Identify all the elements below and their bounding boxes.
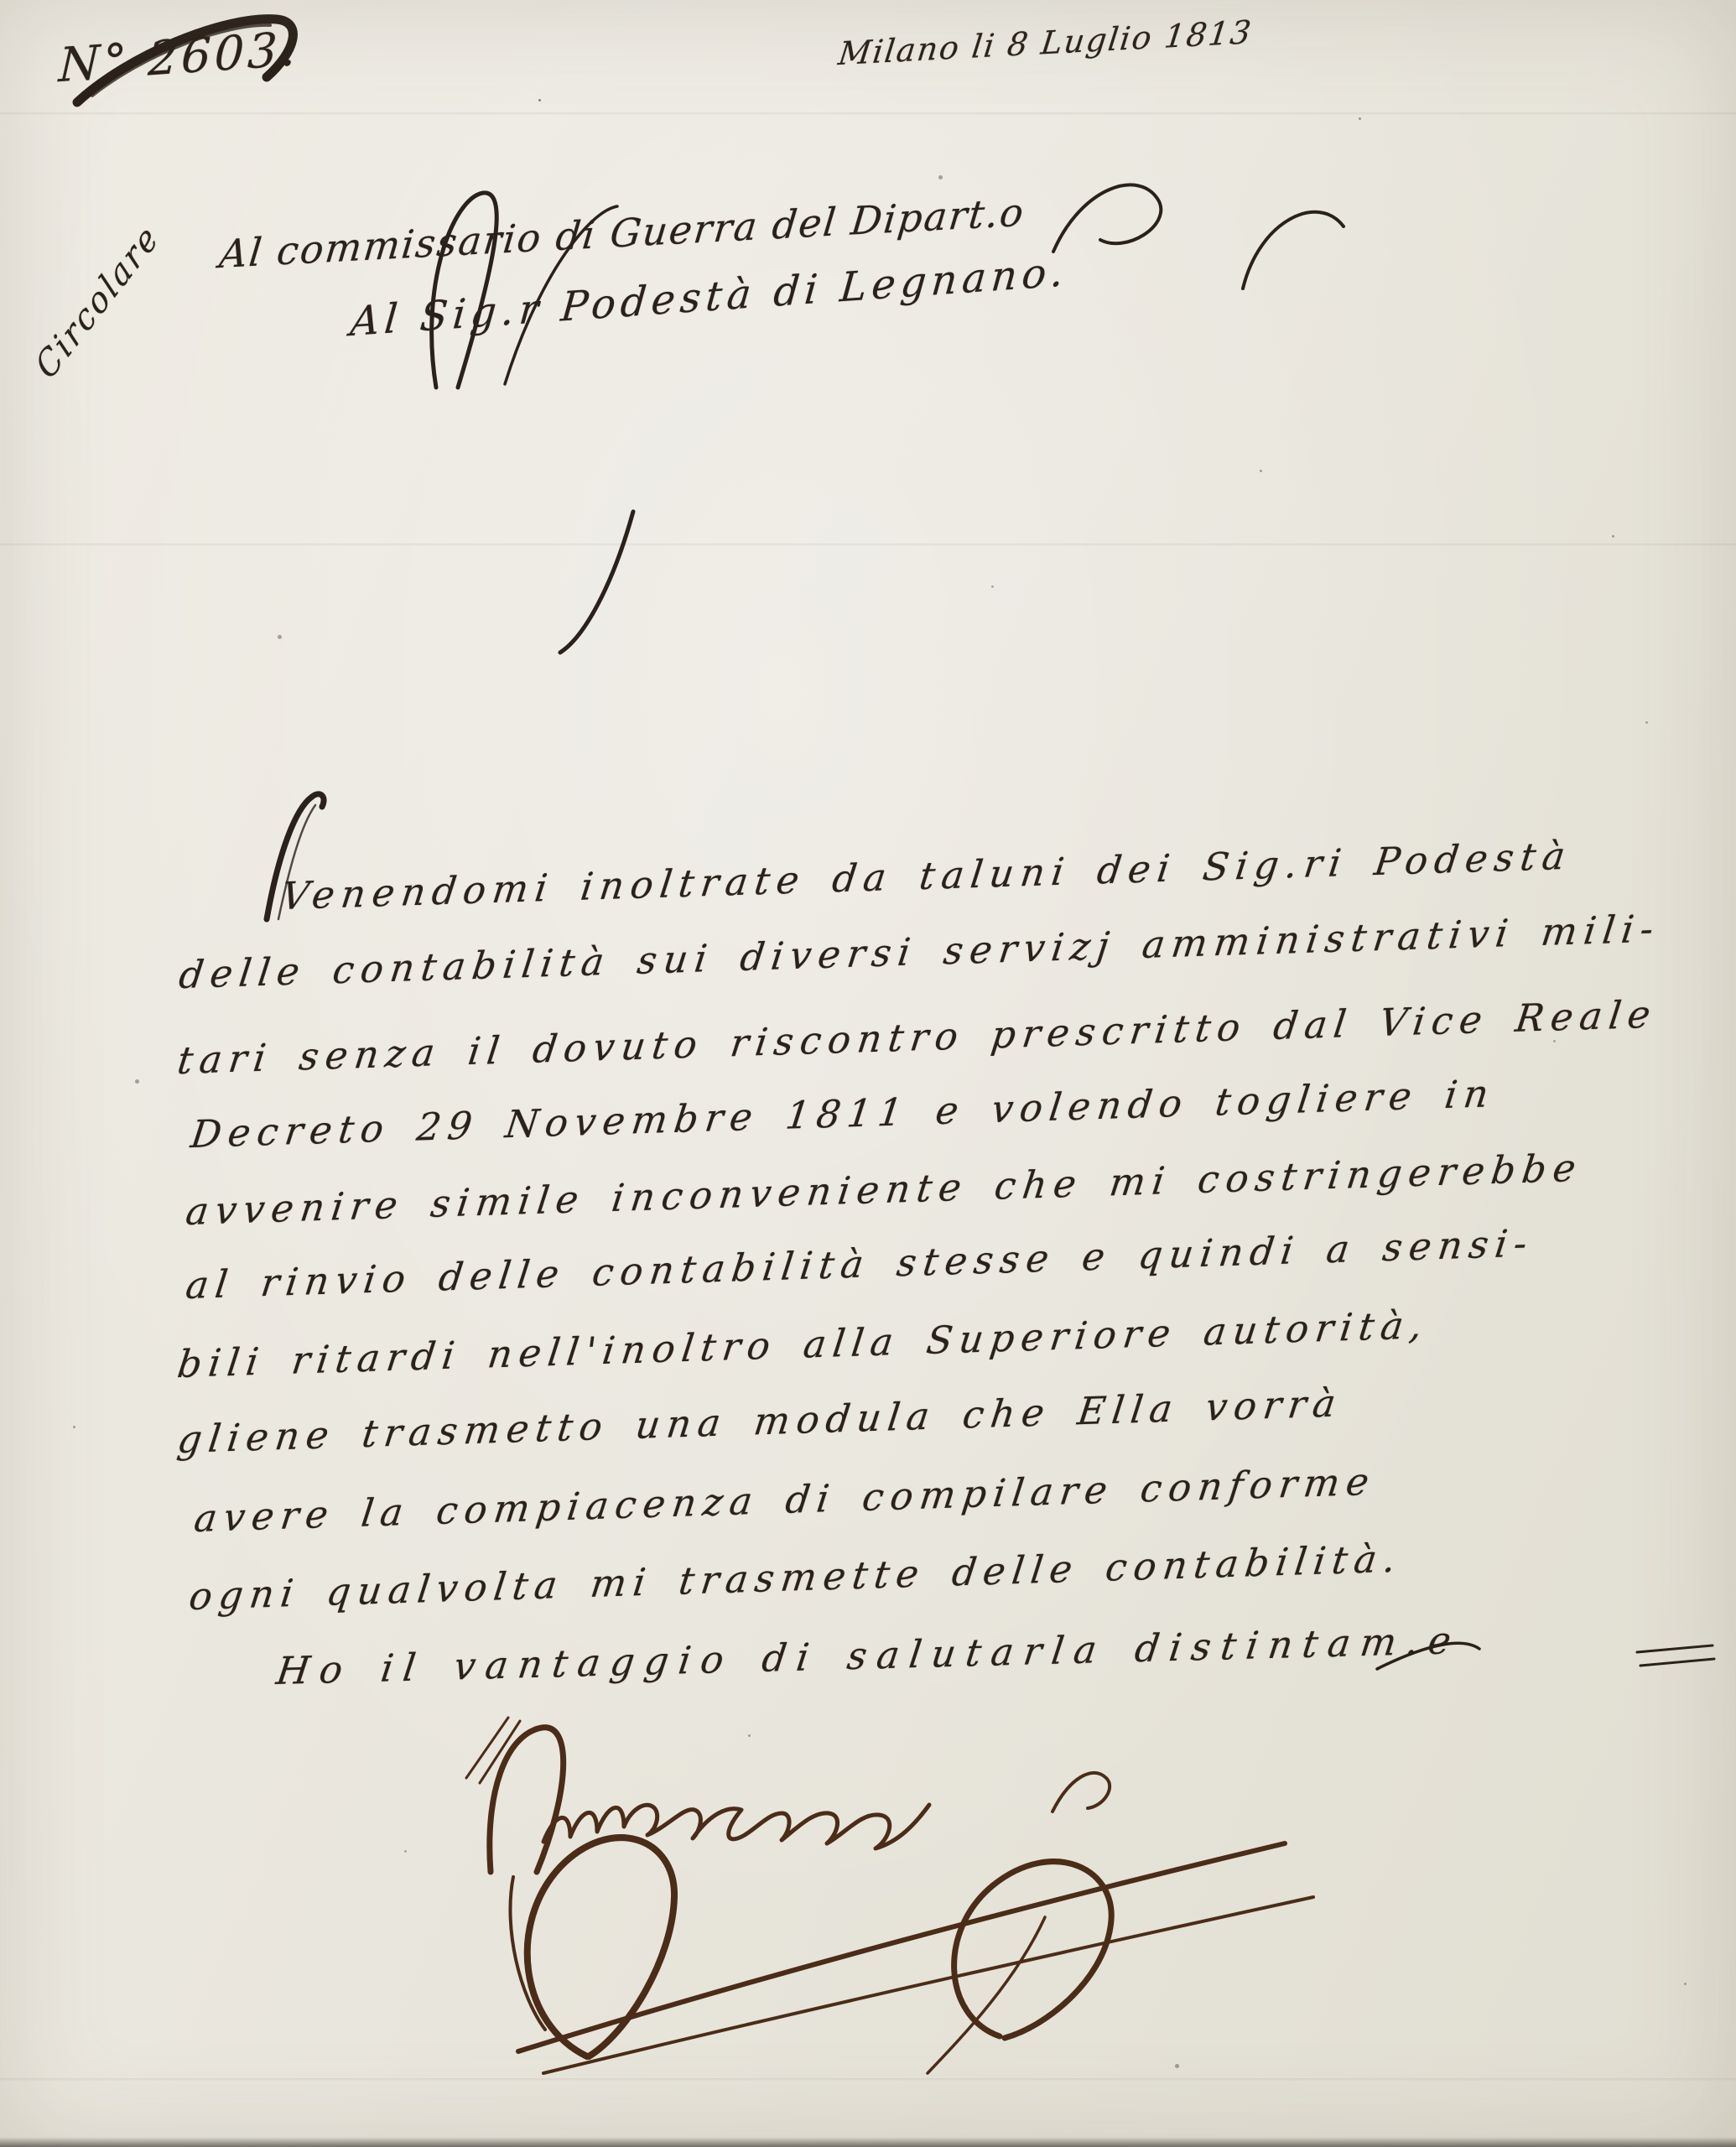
paper-fold-line xyxy=(0,543,1736,546)
body-line: Decreto 29 Novembre 1811 e volendo togli… xyxy=(189,1071,1498,1157)
reference-underline xyxy=(52,122,315,152)
paper-fold-line xyxy=(0,2078,1736,2081)
dateline: Milano li 8 Luglio 1813 xyxy=(836,13,1255,72)
signature-cross-stroke-lower xyxy=(543,1897,1313,2073)
letter-page: N° 2603. Milano li 8 Luglio 1813 Circola… xyxy=(0,0,1736,2147)
signature-big-loop-right xyxy=(954,1862,1112,2038)
address-descender-stroke xyxy=(560,512,633,652)
address-curl-di xyxy=(1053,185,1161,252)
signature-scrawl-end-curl xyxy=(1053,1773,1110,1812)
body-line: delle contabilità sui diversi servizj am… xyxy=(177,906,1663,997)
reference-number: N° 2603. xyxy=(58,22,300,93)
signature-connector xyxy=(510,1877,545,2030)
body-line: gliene trasmetto una modula che Ella vor… xyxy=(175,1380,1345,1462)
signature-tail xyxy=(928,1917,1045,2073)
paper-specks xyxy=(538,99,541,101)
margin-note-circolare: Circolare xyxy=(29,216,167,387)
closing-line: Ho il vantaggio di salutarla distintam.e xyxy=(273,1618,1463,1693)
closing-thick-dash xyxy=(1510,1668,1624,1704)
body-line: bili ritardi nell'inoltro alla Superiore… xyxy=(175,1302,1432,1386)
signature-initial-loop xyxy=(490,1728,564,1872)
signature-scrawl-text xyxy=(543,1805,929,1848)
body-line: ogni qualvolta mi trasmette delle contab… xyxy=(187,1536,1406,1619)
signature-big-loop-left xyxy=(528,1838,674,2056)
body-line: Venendomi inoltrate da taluni dei Sig.ri… xyxy=(279,834,1575,919)
body-line: tari senza il dovuto riscontro prescritt… xyxy=(175,991,1660,1083)
closing-double-dash xyxy=(1637,1645,1714,1666)
body-line: avvenire simile inconveniente che mi cos… xyxy=(184,1146,1585,1235)
address-curl-dipart xyxy=(1243,212,1344,289)
body-line: avere la compiacenza di compilare confor… xyxy=(192,1459,1379,1541)
paper-fold-line xyxy=(0,112,1736,115)
signature-flourish xyxy=(466,1718,1313,2073)
signature-entry-hairlines xyxy=(466,1718,520,1783)
signature-cross-stroke-upper xyxy=(518,1843,1285,2051)
body-line: al rinvio delle contabilità stesse e qui… xyxy=(184,1220,1536,1307)
